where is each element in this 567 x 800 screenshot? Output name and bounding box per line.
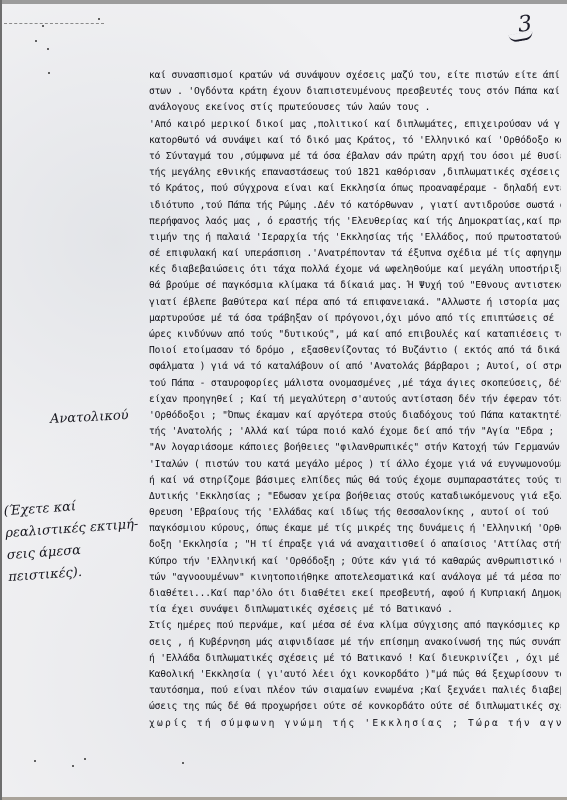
text-line: τιμήν της ή παλαιά 'Ιεραρχία τής 'Εκκλησ… bbox=[149, 230, 561, 246]
text-line: ταυτόσημα, πού είναι πλέον τών σιαμαίων … bbox=[149, 683, 561, 699]
text-line: σεις , ή Κυβέρνηση μάς αιφνιδίασε μέ τήν… bbox=[149, 635, 561, 651]
text-line: σφάλματα ) γιά νά τό καταλάβουν οί από '… bbox=[149, 359, 561, 375]
scan-dashed-rule bbox=[4, 23, 104, 25]
text-line: "Αν λογαριάσομε κάποιες βοήθειες "φιλανθ… bbox=[149, 440, 561, 456]
text-line: στων . 'Ογδόντα κράτη έχουν διαπιστευμέν… bbox=[149, 84, 561, 100]
scan-speck bbox=[48, 72, 50, 74]
page-number-underline bbox=[508, 31, 533, 43]
text-line: σέ επιφυλακή καί υπεράσπιση .'Ανατρέποντ… bbox=[149, 246, 561, 262]
text-line: τών "αγνοουμένων" κινητοποιήθηκε αποτελε… bbox=[149, 570, 561, 586]
text-line: ώσεις της πώς δέ θά προχωρήσει ούτε σέ κ… bbox=[149, 699, 561, 715]
text-line: τής μεγάλης εθνικής επαναστάσεως τού 182… bbox=[149, 165, 561, 181]
scan-speck bbox=[84, 758, 86, 760]
scan-speck bbox=[98, 18, 100, 20]
text-line: τό Σύνταγμά του ,σύμφωνα μέ τά όσα έβαλα… bbox=[149, 149, 561, 165]
scan-speck bbox=[72, 765, 74, 767]
text-line: κατορθωτό νά συνάψει καί τό δικό μας Κρά… bbox=[149, 133, 561, 149]
scanned-document-page: 3 καί συνασπισμοί κρατών νά συνάψουν σχέ… bbox=[0, 0, 567, 800]
text-line: ιδιότυπο ,τού Πάπα τής Ρώμης .Δέν τό κατ… bbox=[149, 198, 561, 214]
text-line: παγκόσμιου κύρους, όπως έκαμε μέ τίς μικ… bbox=[149, 521, 561, 537]
text-line: καί συνασπισμοί κρατών νά συνάψουν σχέσε… bbox=[149, 68, 561, 84]
scan-speck bbox=[35, 40, 37, 42]
text-line: Ποιοί ετοίμασαν τό δρόμο , εξασθενίζοντα… bbox=[149, 343, 561, 359]
text-line: Στίς ημέρες πού περνάμε, καί μέσα σέ ένα… bbox=[149, 618, 561, 634]
text-line: γιατί έβλεπε βαθύτερα καί πέρα από τά επ… bbox=[149, 295, 561, 311]
text-line: ανάλογους εκείνος στίς πρωτεύουσες τών λ… bbox=[149, 100, 561, 116]
text-line: ώρες κινδύνων από τούς "δυτικούς", μά κα… bbox=[149, 327, 561, 343]
text-line: τό Κράτος, πού σύγχρονα είναι καί Εκκλησ… bbox=[149, 181, 561, 197]
text-line: τής 'Ανατολής ; 'Αλλά καί τώρα ποιό καλό… bbox=[149, 424, 561, 440]
text-line: Κύπρο τήν 'Ελληνική καί 'Ορθόδοξη ; Ούτε… bbox=[149, 554, 561, 570]
scan-top-edge bbox=[2, 0, 567, 4]
text-line: περήφανος λαός μας , ό εραστής τής 'Ελευ… bbox=[149, 214, 561, 230]
text-line: δοξη 'Εκκλησία ; "Η τί έπραξε γιά νά ανα… bbox=[149, 537, 561, 553]
text-line: χωρίς τή σύμφωνη γνώμη τής 'Εκκλησίας ; … bbox=[149, 716, 561, 732]
text-line: μαρτυρούσε μέ τά όσα τράβηξαν οί πρόγονο… bbox=[149, 311, 561, 327]
text-line: ή καί νά στηρίζομε βάσιμες ελπίδες πώς θ… bbox=[149, 473, 561, 489]
text-line: 'Ορθόδοξοι ; "Όπως έκαμαν καί αργότερα σ… bbox=[149, 408, 561, 424]
text-line: Δυτικής 'Εκκλησίας ; "Εδωσαν χείρα βοήθε… bbox=[149, 489, 561, 505]
text-line: θά βρούμε σέ παγκόσμια κλίμακα τά δίκαιά… bbox=[149, 278, 561, 294]
text-line: 'Ιταλών ( πιστών του κατά μεγάλο μέρος )… bbox=[149, 457, 561, 473]
handwritten-margin-annotation: (Έχετε καί ρεαλιστικές εκτιμή- σεις άμεσ… bbox=[3, 493, 127, 589]
text-line: διαθέτει...Καί παρ'όλο ότι διαθέτει εκεί… bbox=[149, 586, 561, 602]
text-line: θρευση 'Εβραίους τής 'Ελλάδας καί ιδίως … bbox=[149, 505, 561, 521]
scan-speck bbox=[182, 762, 184, 764]
text-line: είχαν προηγηθεί ; Καί τή μεγαλύτερη σ'αυ… bbox=[149, 392, 561, 408]
text-line: 'Από καιρό μερικοί δικοί μας ,πολιτικοί … bbox=[149, 117, 561, 133]
text-line: τία έχει συνάψει διπλωματικές σχέσεις μέ… bbox=[149, 602, 561, 618]
text-line: Καθολική 'Εκκλησία ( γι'αυτό λέει όχι κο… bbox=[149, 667, 561, 683]
handwritten-margin-note: Ανατολικού bbox=[50, 408, 129, 427]
text-line: τού Πάπα - σταυροφορίες μάλιστα ονομασμέ… bbox=[149, 376, 561, 392]
scan-speck bbox=[42, 25, 44, 27]
typewritten-body-text: καί συνασπισμοί κρατών νά συνάψουν σχέσε… bbox=[149, 68, 561, 732]
text-line: ή 'Ελλάδα διπλωματικές σχέσεις μέ τό Βατ… bbox=[149, 651, 561, 667]
scan-speck bbox=[47, 48, 49, 50]
text-line: κές διαβεβαιώσεις ότι τάχα πολλά έχομε ν… bbox=[149, 262, 561, 278]
scan-speck bbox=[34, 760, 36, 762]
